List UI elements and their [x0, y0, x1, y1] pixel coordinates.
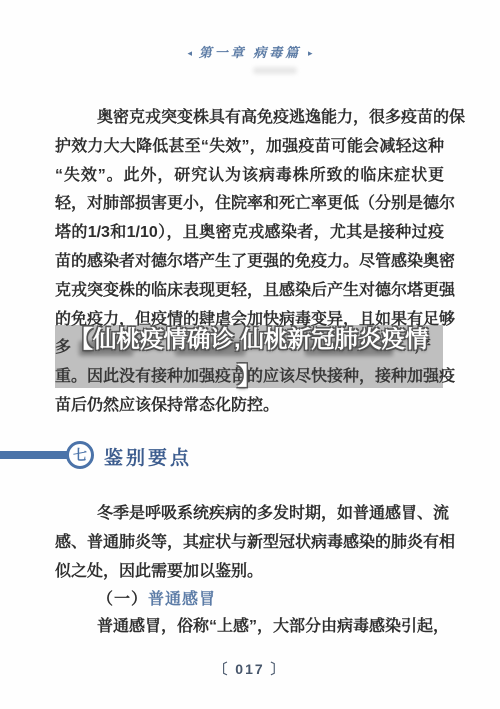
page-number: 〔 017 〕 [0, 659, 500, 679]
text-line: 冬季是呼吸系统疾病的多发时期，如普通感冒、流 [55, 500, 444, 529]
text-line: 轻，对肺部损害更小，住院率和死亡率更低（分别是德尔 [55, 190, 444, 219]
section-header: 七 鉴别要点 [0, 441, 500, 471]
paragraph-common-cold: 普通感冒，俗称“上感”，大部分由病毒感染引起， [55, 613, 444, 642]
subsection-title: 普通感冒 [148, 591, 216, 608]
text-line: 普通感冒，俗称“上感”，大部分由病毒感染引起， [55, 613, 444, 642]
text-line: 似之处，因此需要加以鉴别。 [55, 558, 444, 587]
section-number-badge: 七 [66, 441, 94, 469]
paragraph-winter-diseases: 冬季是呼吸系统疾病的多发时期，如普通感冒、流 感、普通肺炎等，其症状与新型冠状病… [55, 500, 444, 586]
text-line: 苗后仍然应该保持常态化防控。 [55, 392, 444, 421]
text-line: 护效力大大降低甚至“失效”，加强疫苗可能会减轻这种 [55, 133, 444, 162]
right-arrow-icon: ▸ [308, 48, 313, 58]
left-arrow-icon: ◂ [188, 48, 193, 58]
print-smudge [253, 67, 297, 74]
watermark-title-line1: 【仙桃疫情确诊,仙桃新冠肺炎疫情 [55, 322, 443, 356]
subsection-heading: （一）普通感冒 [97, 586, 216, 615]
text-line: 奥密克戎突变株具有高免疫逃逸能力，很多疫苗的保 [55, 104, 444, 133]
section-title: 鉴别要点 [104, 443, 192, 470]
text-line: 感、普通肺炎等，其症状与新型冠状病毒感染的肺炎有相 [55, 529, 444, 558]
watermark-title: 【仙桃疫情确诊,仙桃新冠肺炎疫情 】 [55, 322, 443, 396]
chapter-title: 第一章 病毒篇 [199, 45, 302, 60]
book-page: ◂ 第一章 病毒篇 ▸ 奥密克戎突变株具有高免疫逃逸能力，很多疫苗的保 护效力大… [0, 0, 500, 709]
text-line: “失效”。此外，研究认为该病毒株所致的临床症状更 [55, 162, 444, 191]
text-line: 塔的1/3和1/10），且奥密克戎感染者，尤其是接种过疫 [55, 219, 444, 248]
subsection-number: （一） [97, 591, 148, 608]
text-line: 克戎突变株的临床表现更轻，且感染后产生对德尔塔更强 [55, 277, 444, 306]
chapter-header: ◂ 第一章 病毒篇 ▸ [0, 42, 500, 61]
text-line: 苗的感染者对德尔塔产生了更强的免疫力。尽管感染奥密 [55, 248, 444, 277]
watermark-title-line2: 】 [55, 356, 443, 396]
section-bar [0, 451, 72, 459]
